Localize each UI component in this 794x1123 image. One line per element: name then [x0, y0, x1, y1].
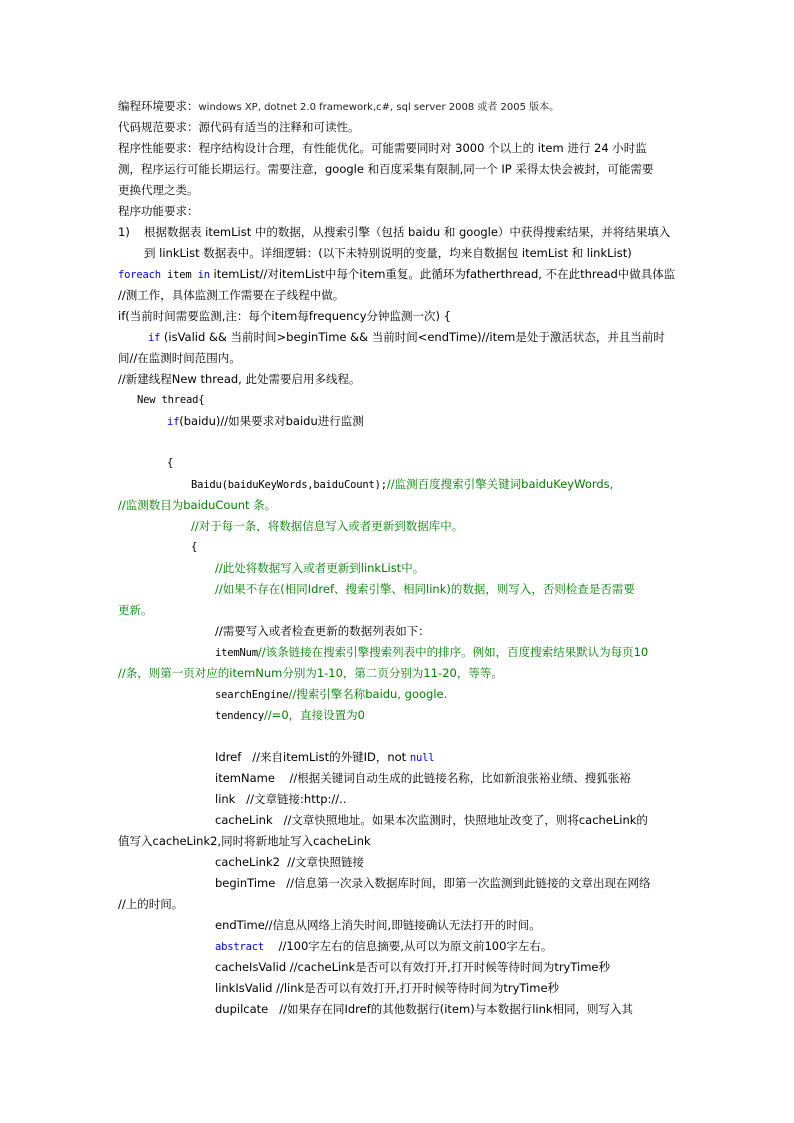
field-text: Idref //来自itemList的外键ID，not — [215, 750, 410, 764]
field-text: cacheLink2 //文章快照链接 — [215, 855, 364, 869]
field-text: 值写入cacheLink2,同时将新地址写入cacheLink — [118, 834, 371, 848]
performance-line-1: 程序结构设计合理，有性能优化。可能需要同时对 3000 个以上的 item 进行… — [199, 141, 647, 155]
code-comment-line: //如果不存在(相同Idref、搜索引擎、相同link)的数据，则写入，否则检查… — [215, 581, 635, 598]
code-line-2: //测工作，具体监测工作需要在子线程中做。 — [118, 287, 344, 304]
field-cacheLink: cacheLink //文章快照地址。如果本次监测时，快照地址改变了，则将cac… — [215, 812, 648, 829]
field-text: endTime//信息从网络上消失时间,即链接确认无法打开的时间。 — [215, 918, 541, 932]
field-text: //100字左右的信息摘要,从可以为原文前100字左右。 — [264, 939, 552, 953]
list-item-number: 1) — [118, 224, 144, 240]
field-name: tendency — [215, 710, 264, 722]
keyword-foreach: foreach — [118, 269, 161, 281]
field-Idref: Idref //来自itemList的外键ID，not null — [215, 749, 434, 766]
code-style-label: 代码规范要求： — [118, 120, 199, 134]
code-line-data-list: //需要写入或者检查更新的数据列表如下： — [215, 623, 430, 640]
code-comment: //此处将数据写入或者更新到linkList中。 — [215, 561, 424, 575]
code-text: 间//在监测时间范围内。 — [118, 351, 241, 365]
field-beginTime: beginTime //信息第一次录入数据库时间，即第一次监测到此链接的文章出现… — [215, 875, 651, 892]
keyword-if: if — [148, 332, 160, 344]
field-searchEngine: searchEngine//搜索引擎名称baidu, google. — [215, 686, 447, 703]
code-line-new-thread-comment: //新建线程New thread, 此处需要启用多线程。 — [118, 371, 361, 388]
performance-line-2: 测，程序运行可能长期运行。需要注意，google 和百度采集有限制,同一个 IP… — [118, 161, 653, 177]
field-text: linkIsValid //link是否可以有效打开,打开时候等待时间为tryT… — [215, 981, 559, 995]
field-cacheLink2: cacheLink2 //文章快照链接 — [215, 854, 364, 871]
code-style-value: 源代码有适当的注释和可读性。 — [199, 120, 360, 134]
field-link: link //文章链接:http://.. — [215, 791, 346, 808]
performance-label: 程序性能要求： — [118, 141, 199, 155]
field-itemNum: itemNum//该条链接在搜索引擎搜索列表中的排序。例如，百度搜索结果默认为每… — [215, 644, 648, 661]
code-comment: //=0，直接设置为0 — [264, 708, 365, 722]
performance-line-3: 更换代理之类。 — [118, 182, 199, 198]
performance-requirement: 程序性能要求：程序结构设计合理，有性能优化。可能需要同时对 3000 个以上的 … — [118, 140, 647, 156]
field-text: cacheLink //文章快照地址。如果本次监测时，快照地址改变了，则将cac… — [215, 813, 648, 827]
code-line-foreach: foreach item in itemList//对itemList中每个it… — [118, 266, 675, 283]
code-line-brace-open-2: { — [191, 539, 197, 555]
code-text: //测工作，具体监测工作需要在子线程中做。 — [118, 288, 344, 302]
field-cacheLink-cont: 值写入cacheLink2,同时将新地址写入cacheLink — [118, 833, 371, 850]
code-comment: //监测数目为baiduCount 条。 — [118, 498, 276, 512]
code-comment: //如果不存在(相同Idref、搜索引擎、相同link)的数据，则写入，否则检查… — [215, 582, 635, 596]
code-line-if-baidu: if(baidu)//如果要求对baidu进行监测 — [167, 413, 364, 430]
env-label: 编程环境要求： — [118, 99, 199, 113]
field-text: beginTime //信息第一次录入数据库时间，即第一次监测到此链接的文章出现… — [215, 876, 651, 890]
code-style-requirement: 代码规范要求：源代码有适当的注释和可读性。 — [118, 119, 360, 135]
code-comment: //该条链接在搜索引擎搜索列表中的排序。例如，百度搜索结果默认为每页10 — [258, 645, 648, 659]
field-itemName: itemName //根据关键词自动生成的此链接名称，比如新浪张裕业绩、搜狐张裕 — [215, 770, 631, 787]
code-comment-line: //对于每一条，将数据信息写入或者更新到数据库中。 — [191, 518, 463, 535]
code-comment: //搜索引擎名称baidu, google. — [288, 687, 447, 701]
field-endTime: endTime//信息从网络上消失时间,即链接确认无法打开的时间。 — [215, 917, 541, 934]
field-text: //上的时间。 — [118, 897, 183, 911]
keyword-abstract: abstract — [215, 941, 264, 953]
env-requirement: 编程环境要求：windows XP, dotnet 2.0 framework,… — [118, 98, 559, 116]
code-text: Baidu(baiduKeyWords,baiduCount); — [191, 479, 387, 491]
function-requirement-label: 程序功能要求： — [118, 203, 199, 219]
code-text: (isValid && 当前时间>beginTime && 当前时间<endTi… — [160, 330, 665, 344]
code-text: //新建线程New thread, 此处需要启用多线程。 — [118, 372, 361, 386]
code-comment: itemList//对itemList中每个item重复。此循环为fathert… — [210, 267, 675, 281]
field-tendency: tendency//=0，直接设置为0 — [215, 707, 365, 724]
document-page: 编程环境要求：windows XP, dotnet 2.0 framework,… — [0, 0, 794, 1123]
code-line-if-valid: if (isValid && 当前时间>beginTime && 当前时间<en… — [148, 329, 665, 346]
code-comment: //监测百度搜索引擎关键词baiduKeyWords, — [387, 477, 613, 491]
keyword-if: if — [167, 416, 179, 428]
code-comment: //条，则第一页对应的itemNum分别为1-10，第二页分别为11-20，等等… — [118, 666, 503, 680]
code-line-5: 间//在监测时间范围内。 — [118, 350, 241, 367]
code-comment-line: //此处将数据写入或者更新到linkList中。 — [215, 560, 424, 577]
list-item-1-line-1: 根据数据表 itemList 中的数据，从搜索引擎（包括 baidu 和 goo… — [144, 225, 670, 239]
code-comment-line: //条，则第一页对应的itemNum分别为1-10，第二页分别为11-20，等等… — [118, 665, 503, 682]
field-name: searchEngine — [215, 689, 288, 701]
code-text: //需要写入或者检查更新的数据列表如下： — [215, 624, 430, 638]
code-line-if-monitor: if(当前时间需要监测,注：每个item每frequency分钟监测一次) { — [118, 308, 451, 325]
env-value: windows XP, dotnet 2.0 framework,c#, sql… — [199, 102, 560, 113]
code-comment-line: //监测数目为baiduCount 条。 — [118, 497, 276, 514]
code-text: item — [161, 269, 198, 281]
list-item-1-line-2: 到 linkList 数据表中。详细逻辑：(以下未特别说明的变量，均来自数据包 … — [144, 245, 632, 261]
code-text: if(当前时间需要监测,注：每个item每frequency分钟监测一次) { — [118, 309, 451, 323]
field-dupilcate: dupilcate //如果存在同Idref的其他数据行(item)与本数据行l… — [215, 1001, 633, 1018]
keyword-null: null — [410, 752, 435, 764]
list-item-1: 1)根据数据表 itemList 中的数据，从搜索引擎（包括 baidu 和 g… — [118, 224, 670, 240]
field-text: itemName //根据关键词自动生成的此链接名称，比如新浪张裕业绩、搜狐张裕 — [215, 771, 631, 785]
code-comment: 更新。 — [118, 603, 153, 617]
code-line-new-thread: New thread{ — [137, 392, 204, 408]
code-comment-line: 更新。 — [118, 602, 153, 619]
field-name: itemNum — [215, 647, 258, 659]
code-comment: //对于每一条，将数据信息写入或者更新到数据库中。 — [191, 519, 463, 533]
field-text: link //文章链接:http://.. — [215, 792, 346, 806]
code-text: (baidu)//如果要求对baidu进行监测 — [179, 414, 363, 428]
code-line-brace-open: { — [167, 455, 173, 471]
field-text: dupilcate //如果存在同Idref的其他数据行(item)与本数据行l… — [215, 1002, 633, 1016]
keyword-in: in — [198, 269, 210, 281]
field-abstract: abstract //100字左右的信息摘要,从可以为原文前100字左右。 — [215, 938, 552, 955]
field-beginTime-cont: //上的时间。 — [118, 896, 183, 913]
field-text: cacheIsValid //cacheLink是否可以有效打开,打开时候等待时… — [215, 960, 610, 974]
field-linkIsValid: linkIsValid //link是否可以有效打开,打开时候等待时间为tryT… — [215, 980, 559, 997]
field-cacheIsValid: cacheIsValid //cacheLink是否可以有效打开,打开时候等待时… — [215, 959, 610, 976]
code-line-baidu-call: Baidu(baiduKeyWords,baiduCount);//监测百度搜索… — [191, 476, 613, 493]
